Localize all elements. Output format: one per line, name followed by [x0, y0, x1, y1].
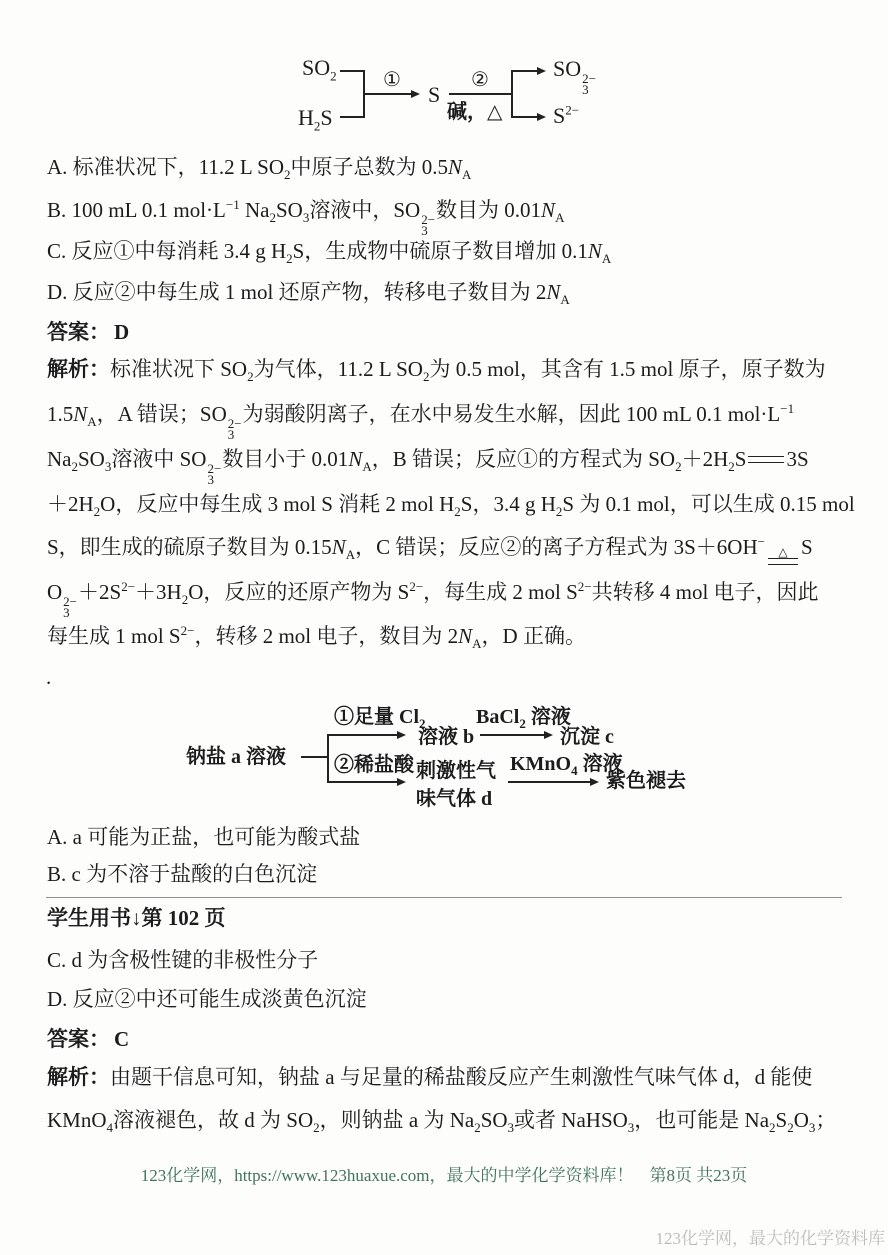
q2-option-c: C. d 为含极性键的非极性分子	[47, 946, 318, 974]
q2-answer-line: 答案：C	[47, 1025, 129, 1053]
document-page: SO2 H2S ① S ② 碱，△ SO2−3 S2− A. 标准状况下，11.…	[0, 0, 888, 1255]
q2-analysis-line-2: KMnO4溶液褪色，故 d 为 SO2，则钠盐 a 为 Na2SO3或者 NaH…	[47, 1106, 836, 1134]
diagram-branch1-arrow-line	[327, 734, 399, 736]
q1-diagram-condition: 碱，△	[447, 100, 502, 124]
diagram-arrow-product1-line	[511, 70, 539, 72]
q1-analysis-line-5: S，即生成的硫原子数目为 0.15NA，C 错误；反应②的离子方程式为 3S＋6…	[47, 533, 813, 565]
analysis-label: 解析：	[47, 1065, 110, 1089]
diagram-arrow-step1-line	[363, 93, 413, 95]
diagram-kmno4-arrow-line	[508, 781, 592, 783]
q1-option-a: A. 标准状况下，11.2 L SO2中原子总数为 0.5NA	[47, 153, 471, 181]
q1-diagram-reactant-h2s: H2S	[298, 106, 333, 130]
q1-option-b: B. 100 mL 0.1 mol·L−1 Na2SO3溶液中，SO2−3数目为…	[47, 196, 564, 236]
answer-label: 答案：	[47, 1027, 110, 1051]
q2-diagram-solution-b: 溶液 b	[418, 724, 474, 750]
diagram-branch2-arrow-line	[327, 781, 399, 783]
diagram-arrow-product2-head	[537, 113, 546, 121]
diagram-branch1-arrow-head	[397, 731, 406, 739]
q1-diagram-step2-circle: ②	[471, 68, 489, 92]
q1-analysis-line-1: 解析：标准状况下 SO2为气体，11.2 L SO2为 0.5 mol，其含有 …	[47, 355, 826, 383]
q1-analysis-line-6: O2−3＋2S2−＋3H2O，反应的还原产物为 S2−，每生成 2 mol S2…	[47, 578, 819, 618]
q1-diagram-step1-circle: ①	[383, 68, 401, 92]
q1-option-c: C. 反应①中每消耗 3.4 g H2S，生成物中硫原子数目增加 0.1NA	[47, 237, 611, 265]
page-footer: 123化学网，https://www.123huaxue.com，最大的中学化学…	[0, 1161, 888, 1186]
diagram-join-line-top	[340, 70, 363, 72]
q2-option-b: B. c 为不溶于盐酸的白色沉淀	[47, 860, 317, 888]
q1-analysis-text-1: 标准状况下 SO2为气体，11.2 L SO2为 0.5 mol，其含有 1.5…	[110, 357, 826, 381]
q2-diagram-gas-d-line2: 味气体 d	[416, 786, 492, 812]
q1-analysis-line-2: 1.5NA，A 错误；SO2−3为弱酸阴离子，在水中易发生水解，因此 100 m…	[47, 400, 794, 440]
q1-reaction-diagram: SO2 H2S ① S ② 碱，△ SO2−3 S2−	[293, 50, 663, 145]
page-divider-line	[46, 897, 842, 898]
q1-diagram-intermediate-s: S	[428, 83, 440, 107]
footer-page-number: 第8页 共23页	[650, 1166, 748, 1185]
diagram-bacl2-arrow-line	[480, 734, 546, 736]
q1-answer-letter: D	[114, 320, 129, 344]
student-book-note: 学生用书↓第 102 页	[47, 902, 226, 932]
q2-transformation-diagram: 钠盐 a 溶液 ①足量 Cl2 溶液 b BaCl2 溶液 沉淀 c ②稀盐酸 …	[168, 700, 788, 820]
q1-analysis-line-7: 每生成 1 mol S2−，转移 2 mol 电子，数目为 2NA，D 正确。	[47, 622, 586, 650]
q1-diagram-product-s2: S2−	[553, 104, 579, 128]
q1-analysis-line-4: ＋2H2O，反应中每生成 3 mol S 消耗 2 mol H2S，3.4 g …	[47, 490, 855, 518]
answer-label: 答案：	[47, 320, 110, 344]
diagram-bracket-right	[511, 70, 513, 118]
diagram-branch-bracket	[327, 734, 329, 783]
q2-diagram-purple-fades: 紫色褪去	[606, 768, 686, 794]
diagram-connector-line	[301, 756, 329, 758]
diagram-arrow-step1-head	[411, 90, 420, 98]
q1-diagram-reactant-so2: SO2	[302, 56, 337, 80]
q1-diagram-product-so3: SO2−3	[553, 57, 597, 95]
diagram-bacl2-arrow-head	[544, 731, 553, 739]
q2-diagram-precipitate-c: 沉淀 c	[560, 724, 614, 750]
q1-answer-line: 答案：D	[47, 318, 129, 346]
diagram-join-line-bottom	[340, 116, 363, 118]
q2-answer-letter: C	[114, 1027, 129, 1051]
q2-option-d: D. 反应②中还可能生成淡黄色沉淀	[47, 985, 367, 1013]
analysis-label: 解析：	[47, 357, 110, 381]
watermark: 123化学网，最大的化学资料库	[656, 1224, 886, 1249]
q2-stem: .	[46, 663, 51, 691]
diagram-arrow-product1-head	[537, 67, 546, 75]
diagram-kmno4-arrow-head	[590, 778, 599, 786]
footer-site-info: 123化学网，https://www.123huaxue.com，最大的中学化学…	[141, 1166, 634, 1185]
q2-diagram-branch2-reagent: ②稀盐酸	[334, 752, 414, 778]
q2-diagram-bacl2-label: BaCl2 溶液	[476, 704, 571, 730]
q2-option-a: A. a 可能为正盐，也可能为酸式盐	[47, 823, 360, 851]
diagram-arrow-product2-line	[511, 116, 539, 118]
q2-analysis-line-1: 解析：由题干信息可知，钠盐 a 与足量的稀盐酸反应产生刺激性气味气体 d，d 能…	[47, 1063, 812, 1091]
q1-analysis-line-3: Na2SO3溶液中 SO2−3数目小于 0.01NA，B 错误；反应①的方程式为…	[47, 445, 809, 485]
diagram-branch2-arrow-head	[397, 778, 406, 786]
q2-analysis-text-1: 由题干信息可知，钠盐 a 与足量的稀盐酸反应产生刺激性气味气体 d，d 能使	[110, 1065, 812, 1089]
q2-diagram-gas-d-line1: 刺激性气	[416, 758, 496, 784]
diagram-step2-line	[449, 93, 511, 95]
q1-option-d: D. 反应②中每生成 1 mol 还原产物，转移电子数目为 2NA	[47, 278, 570, 306]
q2-diagram-branch1-reagent: ①足量 Cl2	[334, 704, 426, 730]
q2-diagram-source: 钠盐 a 溶液	[186, 744, 286, 770]
